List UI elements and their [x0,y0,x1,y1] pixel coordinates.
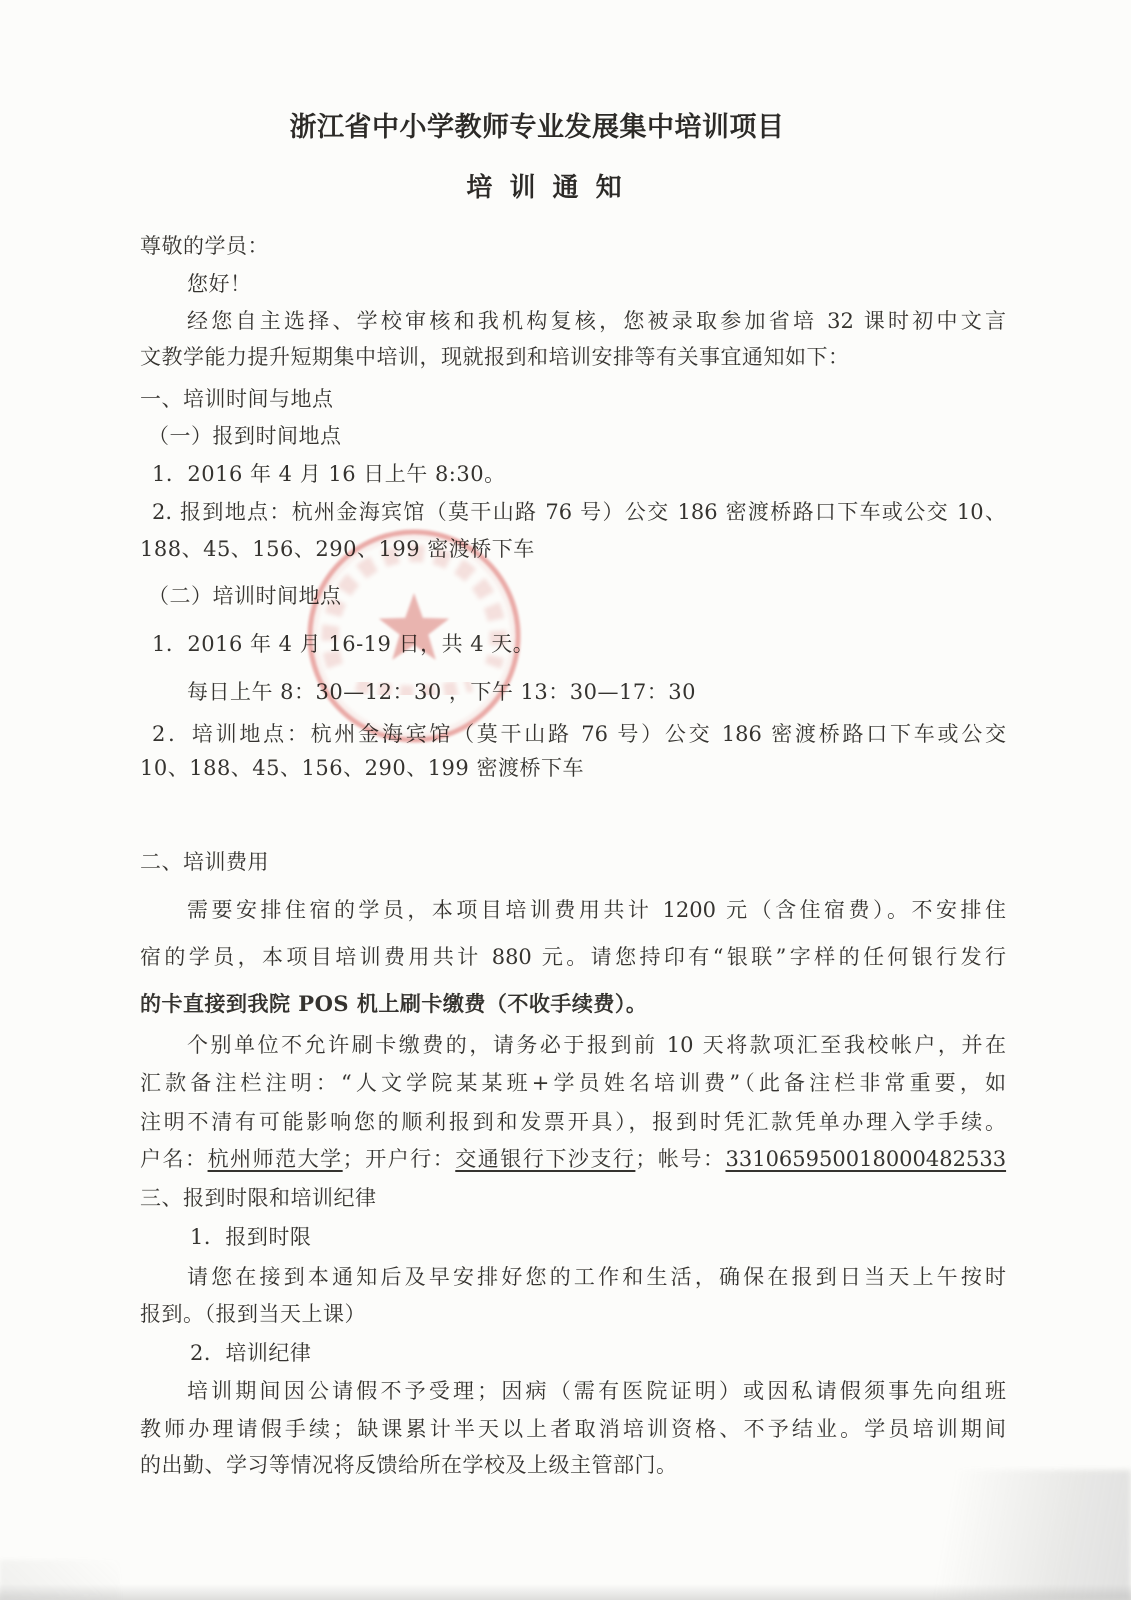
scanned-notice-page: 浙江省中小学教师专业发展集中培训项目培 训 通 知尊敬的学员：您好！经您自主选择… [0,0,1131,1600]
doc-line: 2．培训地点：杭州金海宾馆（莫干山路 76 号）公交 186 密渡桥路口下车或公… [152,721,1006,748]
doc-line: 每日上午 8：30—12：30 ，下午 13：30—17：30 [187,679,696,706]
doc-line: 报到。（报到当天上课） [140,1301,366,1328]
doc-line: 注明不清有可能影响您的顺利报到和发票开具），报到时凭汇款凭单办理入学手续。 [140,1109,1006,1136]
doc-line: 您好！ [187,271,252,298]
underlined-value: 杭州师范大学 [208,1147,343,1171]
doc-line: 尊敬的学员： [140,233,269,260]
doc-line: 的卡直接到我院 POS 机上刷卡缴费（不收手续费）。 [140,990,647,1017]
scan-shadow-left [0,1560,120,1600]
doc-line: 1．2016 年 4 月 16 日上午 8:30。 [152,461,506,488]
doc-line: 10、188、45、156、290、199 密渡桥下车 [140,755,584,782]
doc-title2: 培 训 通 知 [111,173,981,204]
doc-line: 一、培训时间与地点 [140,386,334,413]
underlined-value: 交通银行下沙支行 [455,1147,635,1171]
doc-line: 二、培训费用 [140,849,269,876]
doc-line: 的出勤、学习等情况将反馈给所在学校及上级主管部门。 [140,1452,678,1479]
doc-line: 2．培训纪律 [190,1340,311,1367]
doc-line: 1．报到时限 [190,1224,311,1251]
doc-line: 请您在接到本通知后及早安排好您的工作和生活，确保在报到日当天上午按时 [187,1264,1006,1291]
doc-line: 汇款备注栏注明：“人文学院某某班+学员姓名培训费”（此备注栏非常重要，如 [140,1070,1006,1097]
doc-line: 户名：杭州师范大学；开户行：交通银行下沙支行；帐号：33106595001800… [140,1146,1006,1173]
doc-line: 个别单位不允许刷卡缴费的，请务必于报到前 10 天将款项汇至我校帐户，并在 [187,1032,1006,1059]
doc-line: （二）培训时间地点 [148,583,342,610]
doc-line: 教师办理请假手续；缺课累计半天以上者取消培训资格、不予结业。学员培训期间 [140,1416,1006,1443]
doc-line: 三、报到时限和培训纪律 [140,1185,377,1212]
doc-line: 需要安排住宿的学员，本项目培训费用共计 1200 元（含住宿费）。不安排住 [187,897,1006,924]
doc-line: 经您自主选择、学校审核和我机构复核，您被录取参加省培 32 课时初中文言 [187,308,1006,335]
doc-line: 培训期间因公请假不予受理；因病（需有医院证明）或因私请假须事先向组班 [187,1378,1006,1405]
doc-line: 2. 报到地点：杭州金海宾馆（莫干山路 76 号）公交 186 密渡桥路口下车或… [152,499,1006,526]
doc-line: 宿的学员，本项目培训费用共计 880 元。请您持印有“银联”字样的任何银行发行 [140,944,1006,971]
field-label: ；开户行： [343,1147,456,1171]
doc-line: 1．2016 年 4 月 16-19 日，共 4 天。 [152,631,534,658]
doc-title1: 浙江省中小学教师专业发展集中培训项目 [102,112,972,144]
field-label: ；帐号： [635,1147,725,1171]
field-label: 户名： [140,1147,208,1171]
doc-line: 188、45、156、290、199 密渡桥下车 [140,536,535,563]
doc-line: 文教学能力提升短期集中培训，现就报到和培训安排等有关事宜通知如下： [140,344,850,371]
doc-line: （一）报到时间地点 [148,423,342,450]
scan-shadow-corner [791,1470,1131,1600]
underlined-value: 331065950018000482533 [725,1147,1006,1171]
scan-shadow-bottom [0,1584,1131,1600]
